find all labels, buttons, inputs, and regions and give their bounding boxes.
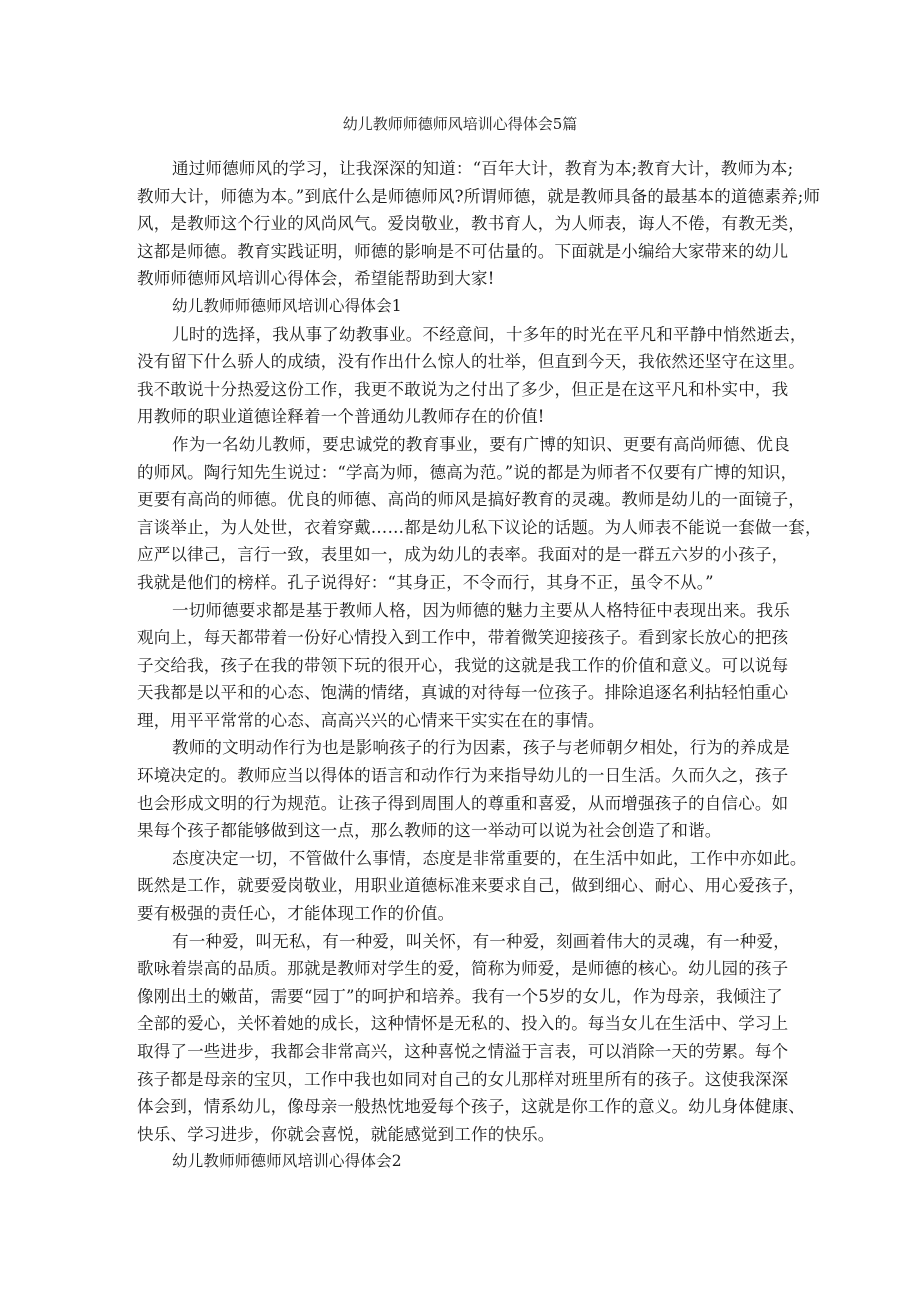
text-line: 歌咏着崇高的品质。那就是教师对学生的爱，简称为师爱，是师德的核心。幼儿园的孩子 — [137, 955, 807, 983]
text-line: 这都是师德。教育实践证明，师德的影响是不可估量的。下面就是小编给大家带来的幼儿 — [137, 238, 807, 266]
text-line: 要有极强的责任心，才能体现工作的价值。 — [137, 900, 807, 928]
text-line: 态度决定一切，不管做什么事情，态度是非常重要的，在生活中如此，工作中亦如此。 — [137, 845, 807, 873]
text-line: 观向上，每天都带着一份好心情投入到工作中，带着微笑迎接孩子。看到家长放心的把孩 — [137, 624, 807, 652]
text-line: 教师的文明动作行为也是影响孩子的行为因素，孩子与老师朝夕相处，行为的养成是 — [137, 734, 807, 762]
text-line: 取得了一些进步，我都会非常高兴，这种喜悦之情溢于言表，可以消除一天的劳累。每个 — [137, 1038, 807, 1066]
text-line: 风，是教师这个行业的风尚风气。爱岗敬业，教书育人，为人师表，诲人不倦，有教无类， — [137, 210, 807, 238]
document-body: 通过师德师风的学习，让我深深的知道：“百年大计，教育为本;教育大计，教师为本;教… — [137, 155, 807, 1176]
document-title: 幼儿教师师德师风培训心得体会5篇 — [0, 114, 920, 134]
text-line: 既然是工作，就要爱岗敬业，用职业道德标准来要求自己，做到细心、耐心、用心爱孩子， — [137, 872, 807, 900]
text-line: 没有留下什么骄人的成绩，没有作出什么惊人的壮举，但直到今天，我依然还坚守在这里。 — [137, 348, 807, 376]
text-line: 一切师德要求都是基于教师人格，因为师德的魅力主要从人格特征中表现出来。我乐 — [137, 597, 807, 625]
text-line: 体会到，情系幼儿，像母亲一般热忱地爱每个孩子，这就是你工作的意义。幼儿身体健康、 — [137, 1093, 807, 1121]
text-line: 通过师德师风的学习，让我深深的知道：“百年大计，教育为本;教育大计，教师为本; — [137, 155, 807, 183]
text-line: 的师风。陶行知先生说过：“学高为师，德高为范。”说的都是为师者不仅要有广博的知识… — [137, 459, 807, 487]
text-line: 环境决定的。教师应当以得体的语言和动作行为来指导幼儿的一日生活。久而久之，孩子 — [137, 762, 807, 790]
section-heading: 幼儿教师师德师风培训心得体会2 — [137, 1148, 807, 1176]
text-line: 果每个孩子都能够做到这一点，那么教师的这一举动可以说为社会创造了和谐。 — [137, 817, 807, 845]
text-line: 像刚出土的嫩苗，需要“园丁”的呵护和培养。我有一个5岁的女儿，作为母亲，我倾注了 — [137, 983, 807, 1011]
text-line: 孩子都是母亲的宝贝，工作中我也如同对自己的女儿那样对班里所有的孩子。这使我深深 — [137, 1066, 807, 1094]
text-line: 教师师德师风培训心得体会，希望能帮助到大家! — [137, 265, 807, 293]
text-line: 应严以律己，言行一致，表里如一，成为幼儿的表率。我面对的是一群五六岁的小孩子， — [137, 541, 807, 569]
text-line: 子交给我，孩子在我的带领下玩的很开心，我觉的这就是我工作的价值和意义。可以说每 — [137, 652, 807, 680]
text-line: 言谈举止，为人处世，衣着穿戴……都是幼儿私下议论的话题。为人师表不能说一套做一套… — [137, 514, 807, 542]
text-line: 用教师的职业道德诠释着一个普通幼儿教师存在的价值! — [137, 403, 807, 431]
text-line: 作为一名幼儿教师，要忠诚党的教育事业，要有广博的知识、更要有高尚师德、优良 — [137, 431, 807, 459]
document-page: 幼儿教师师德师风培训心得体会5篇 通过师德师风的学习，让我深深的知道：“百年大计… — [0, 0, 920, 1302]
text-line: 天我都是以平和的心态、饱满的情绪，真诚的对待每一位孩子。排除追逐名利拈轻怕重心 — [137, 679, 807, 707]
text-line: 教师大计，师德为本。”到底什么是师德师风?所谓师德，就是教师具备的最基本的道德素… — [137, 183, 807, 211]
text-line: 有一种爱，叫无私，有一种爱，叫关怀，有一种爱，刻画着伟大的灵魂，有一种爱， — [137, 928, 807, 956]
text-line: 理，用平平常常的心态、高高兴兴的心情来干实实在在的事情。 — [137, 707, 807, 735]
text-line: 儿时的选择，我从事了幼教事业。不经意间，十多年的时光在平凡和平静中悄然逝去， — [137, 321, 807, 349]
text-line: 快乐、学习进步，你就会喜悦，就能感觉到工作的快乐。 — [137, 1121, 807, 1149]
text-line: 也会形成文明的行为规范。让孩子得到周围人的尊重和喜爱，从而增强孩子的自信心。如 — [137, 790, 807, 818]
text-line: 我就是他们的榜样。孔子说得好：“其身正，不令而行，其身不正，虽令不从。” — [137, 569, 807, 597]
text-line: 我不敢说十分热爱这份工作，我更不敢说为之付出了多少，但正是在这平凡和朴实中，我 — [137, 376, 807, 404]
section-heading: 幼儿教师师德师风培训心得体会1 — [137, 293, 807, 321]
text-line: 全部的爱心，关怀着她的成长，这种情怀是无私的、投入的。每当女儿在生活中、学习上 — [137, 1010, 807, 1038]
text-line: 更要有高尚的师德。优良的师德、高尚的师风是搞好教育的灵魂。教师是幼儿的一面镜子， — [137, 486, 807, 514]
